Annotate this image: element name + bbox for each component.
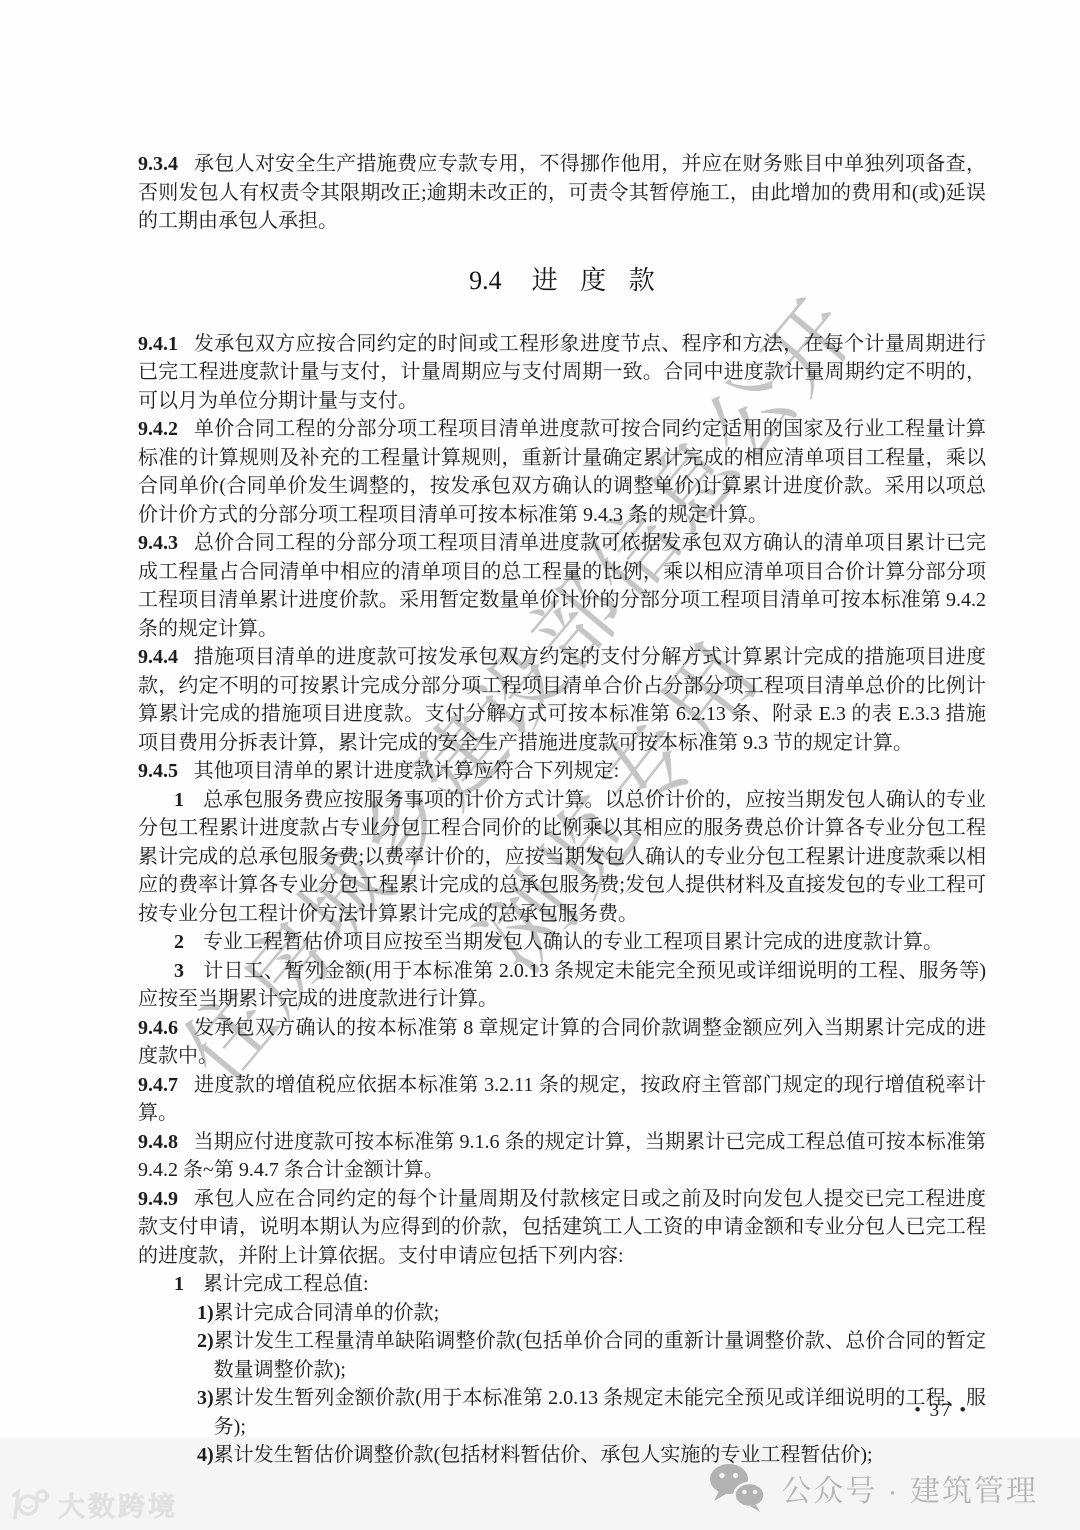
item-text: 累计发生工程量清单缺陷调整价款(包括单价合同的重新计量调整价款、总价合同的暂定数… — [214, 1327, 986, 1384]
clause-paragraph: 9.4.6发承包双方确认的按本标准第 8 章规定计算的合同价款调整金额应列入当期… — [138, 1014, 986, 1071]
item-number: 1) — [197, 1299, 214, 1328]
item-number: 9.4.2 — [138, 418, 178, 440]
item-text: 发承包双方应按合同约定的时间或工程形象进度节点、程序和方法，在每个计量周期进行已… — [138, 333, 986, 412]
item-text: 发承包双方确认的按本标准第 8 章规定计算的合同价款调整金额应列入当期累计完成的… — [138, 1017, 986, 1068]
list-item: 1)累计完成合同清单的价款; — [197, 1299, 986, 1328]
list-item: 3计日工、暂列金额(用于本标准第 2.0.13 条规定未能完全预见或详细说明的工… — [138, 957, 986, 1014]
paragraph-list: 9.3.4承包人对安全生产措施费应专款专用，不得挪作他用，并应在财务账目中单独列… — [138, 150, 986, 1470]
item-text: 其他项目清单的累计进度款计算应符合下列规定: — [194, 760, 620, 782]
item-number: 9.4.4 — [138, 646, 178, 668]
left-brand-text: 大数跨境 — [58, 1485, 178, 1524]
item-number: 9.4.5 — [138, 760, 178, 782]
clause-paragraph: 9.4.5其他项目清单的累计进度款计算应符合下列规定: — [138, 757, 986, 786]
item-number: 9.4.3 — [138, 532, 178, 554]
wechat-icon — [707, 1462, 767, 1514]
item-text: 累计完成工程总值: — [203, 1273, 369, 1295]
document-content: 9.3.4承包人对安全生产措施费应专款专用，不得挪作他用，并应在财务账目中单独列… — [138, 150, 986, 1470]
dashu-logo-icon — [8, 1487, 50, 1523]
item-text: 单价合同工程的分部分项工程项目清单进度款可按合同约定适用的国家及行业工程量计算标… — [138, 418, 986, 526]
item-text: 承包人应在合同约定的每个计量周期及付款核定日或之前及时向发包人提交已完工程进度款… — [138, 1188, 986, 1267]
item-number: 9.4.6 — [138, 1017, 178, 1039]
clause-paragraph: 9.4.3总价合同工程的分部分项工程项目清单进度款可依据发承包双方确认的清单项目… — [138, 529, 986, 643]
item-number: 1 — [174, 1273, 184, 1295]
item-text: 承包人对安全生产措施费应专款专用，不得挪作他用，并应在财务账目中单独列项备查，否… — [138, 153, 986, 232]
item-text: 专业工程暂估价项目应按至当期发包人确认的专业工程项目累计完成的进度款计算。 — [203, 931, 943, 953]
item-number: 2 — [174, 931, 184, 953]
item-text: 累计完成合同清单的价款; — [214, 1299, 986, 1328]
list-item: 2专业工程暂估价项目应按至当期发包人确认的专业工程项目累计完成的进度款计算。 — [138, 928, 986, 957]
clause-paragraph: 9.4.4措施项目清单的进度款可按发承包双方约定的支付分解方式计算累计完成的措施… — [138, 643, 986, 757]
item-text: 计日工、暂列金额(用于本标准第 2.0.13 条规定未能完全预见或详细说明的工程… — [138, 960, 986, 1011]
item-text: 累计发生暂列金额价款(用于本标准第 2.0.13 条规定未能完全预见或详细说明的… — [214, 1384, 986, 1441]
item-text: 总承包服务费应按服务事项的计价方式计算。以总价计价的，应按当期发包人确认的专业分… — [138, 789, 986, 925]
item-number: 2) — [197, 1327, 214, 1384]
item-number: 4) — [197, 1441, 214, 1470]
clause-paragraph: 9.4.1发承包双方应按合同约定的时间或工程形象进度节点、程序和方法，在每个计量… — [138, 330, 986, 416]
list-item: 2)累计发生工程量清单缺陷调整价款(包括单价合同的重新计量调整价款、总价合同的暂… — [197, 1327, 986, 1384]
list-item: 1累计完成工程总值: — [138, 1270, 986, 1299]
left-brand-watermark: 大数跨境 — [8, 1485, 178, 1524]
clause-paragraph: 9.4.9承包人应在合同约定的每个计量周期及付款核定日或之前及时向发包人提交已完… — [138, 1185, 986, 1271]
page-number: • 37 • — [914, 1400, 968, 1422]
item-number: 3) — [197, 1384, 214, 1441]
item-number: 9.4.7 — [138, 1074, 178, 1096]
item-number: 9.3.4 — [138, 153, 178, 175]
clause-paragraph: 9.4.8当期应付进度款可按本标准第 9.1.6 条的规定计算，当期累计已完成工… — [138, 1128, 986, 1185]
wechat-brand-text: 公众号 · 建筑管理 — [781, 1466, 1038, 1510]
item-number: 9.4.9 — [138, 1188, 178, 1210]
section-number: 9.4 — [469, 266, 502, 295]
clause-paragraph: 9.4.7进度款的增值税应依据本标准第 3.2.11 条的规定，按政府主管部门规… — [138, 1071, 986, 1128]
item-text: 进度款的增值税应依据本标准第 3.2.11 条的规定，按政府主管部门规定的现行增… — [138, 1074, 986, 1125]
item-text: 当期应付进度款可按本标准第 9.1.6 条的规定计算，当期累计已完成工程总值可按… — [138, 1131, 986, 1182]
section-title: 进 度 款 — [532, 266, 655, 295]
wechat-brand: 公众号 · 建筑管理 — [707, 1462, 1038, 1514]
item-number: 3 — [174, 960, 184, 982]
clause-paragraph: 9.3.4承包人对安全生产措施费应专款专用，不得挪作他用，并应在财务账目中单独列… — [138, 150, 986, 236]
document-page: 住房城乡建设部信息公开 浏览专用 9.3.4承包人对安全生产措施费应专款专用，不… — [0, 0, 1080, 1530]
clause-paragraph: 9.4.2单价合同工程的分部分项工程项目清单进度款可按合同约定适用的国家及行业工… — [138, 415, 986, 529]
item-number: 1 — [174, 789, 184, 811]
list-item: 1总承包服务费应按服务事项的计价方式计算。以总价计价的，应按当期发包人确认的专业… — [138, 786, 986, 929]
item-text: 措施项目清单的进度款可按发承包双方约定的支付分解方式计算累计完成的措施项目进度款… — [138, 646, 986, 754]
section-heading: 9.4进 度 款 — [138, 260, 986, 302]
item-text: 总价合同工程的分部分项工程项目清单进度款可依据发承包双方确认的清单项目累计已完成… — [138, 532, 986, 640]
list-item: 3)累计发生暂列金额价款(用于本标准第 2.0.13 条规定未能完全预见或详细说… — [197, 1384, 986, 1441]
item-number: 9.4.1 — [138, 333, 178, 355]
item-number: 9.4.8 — [138, 1131, 178, 1153]
